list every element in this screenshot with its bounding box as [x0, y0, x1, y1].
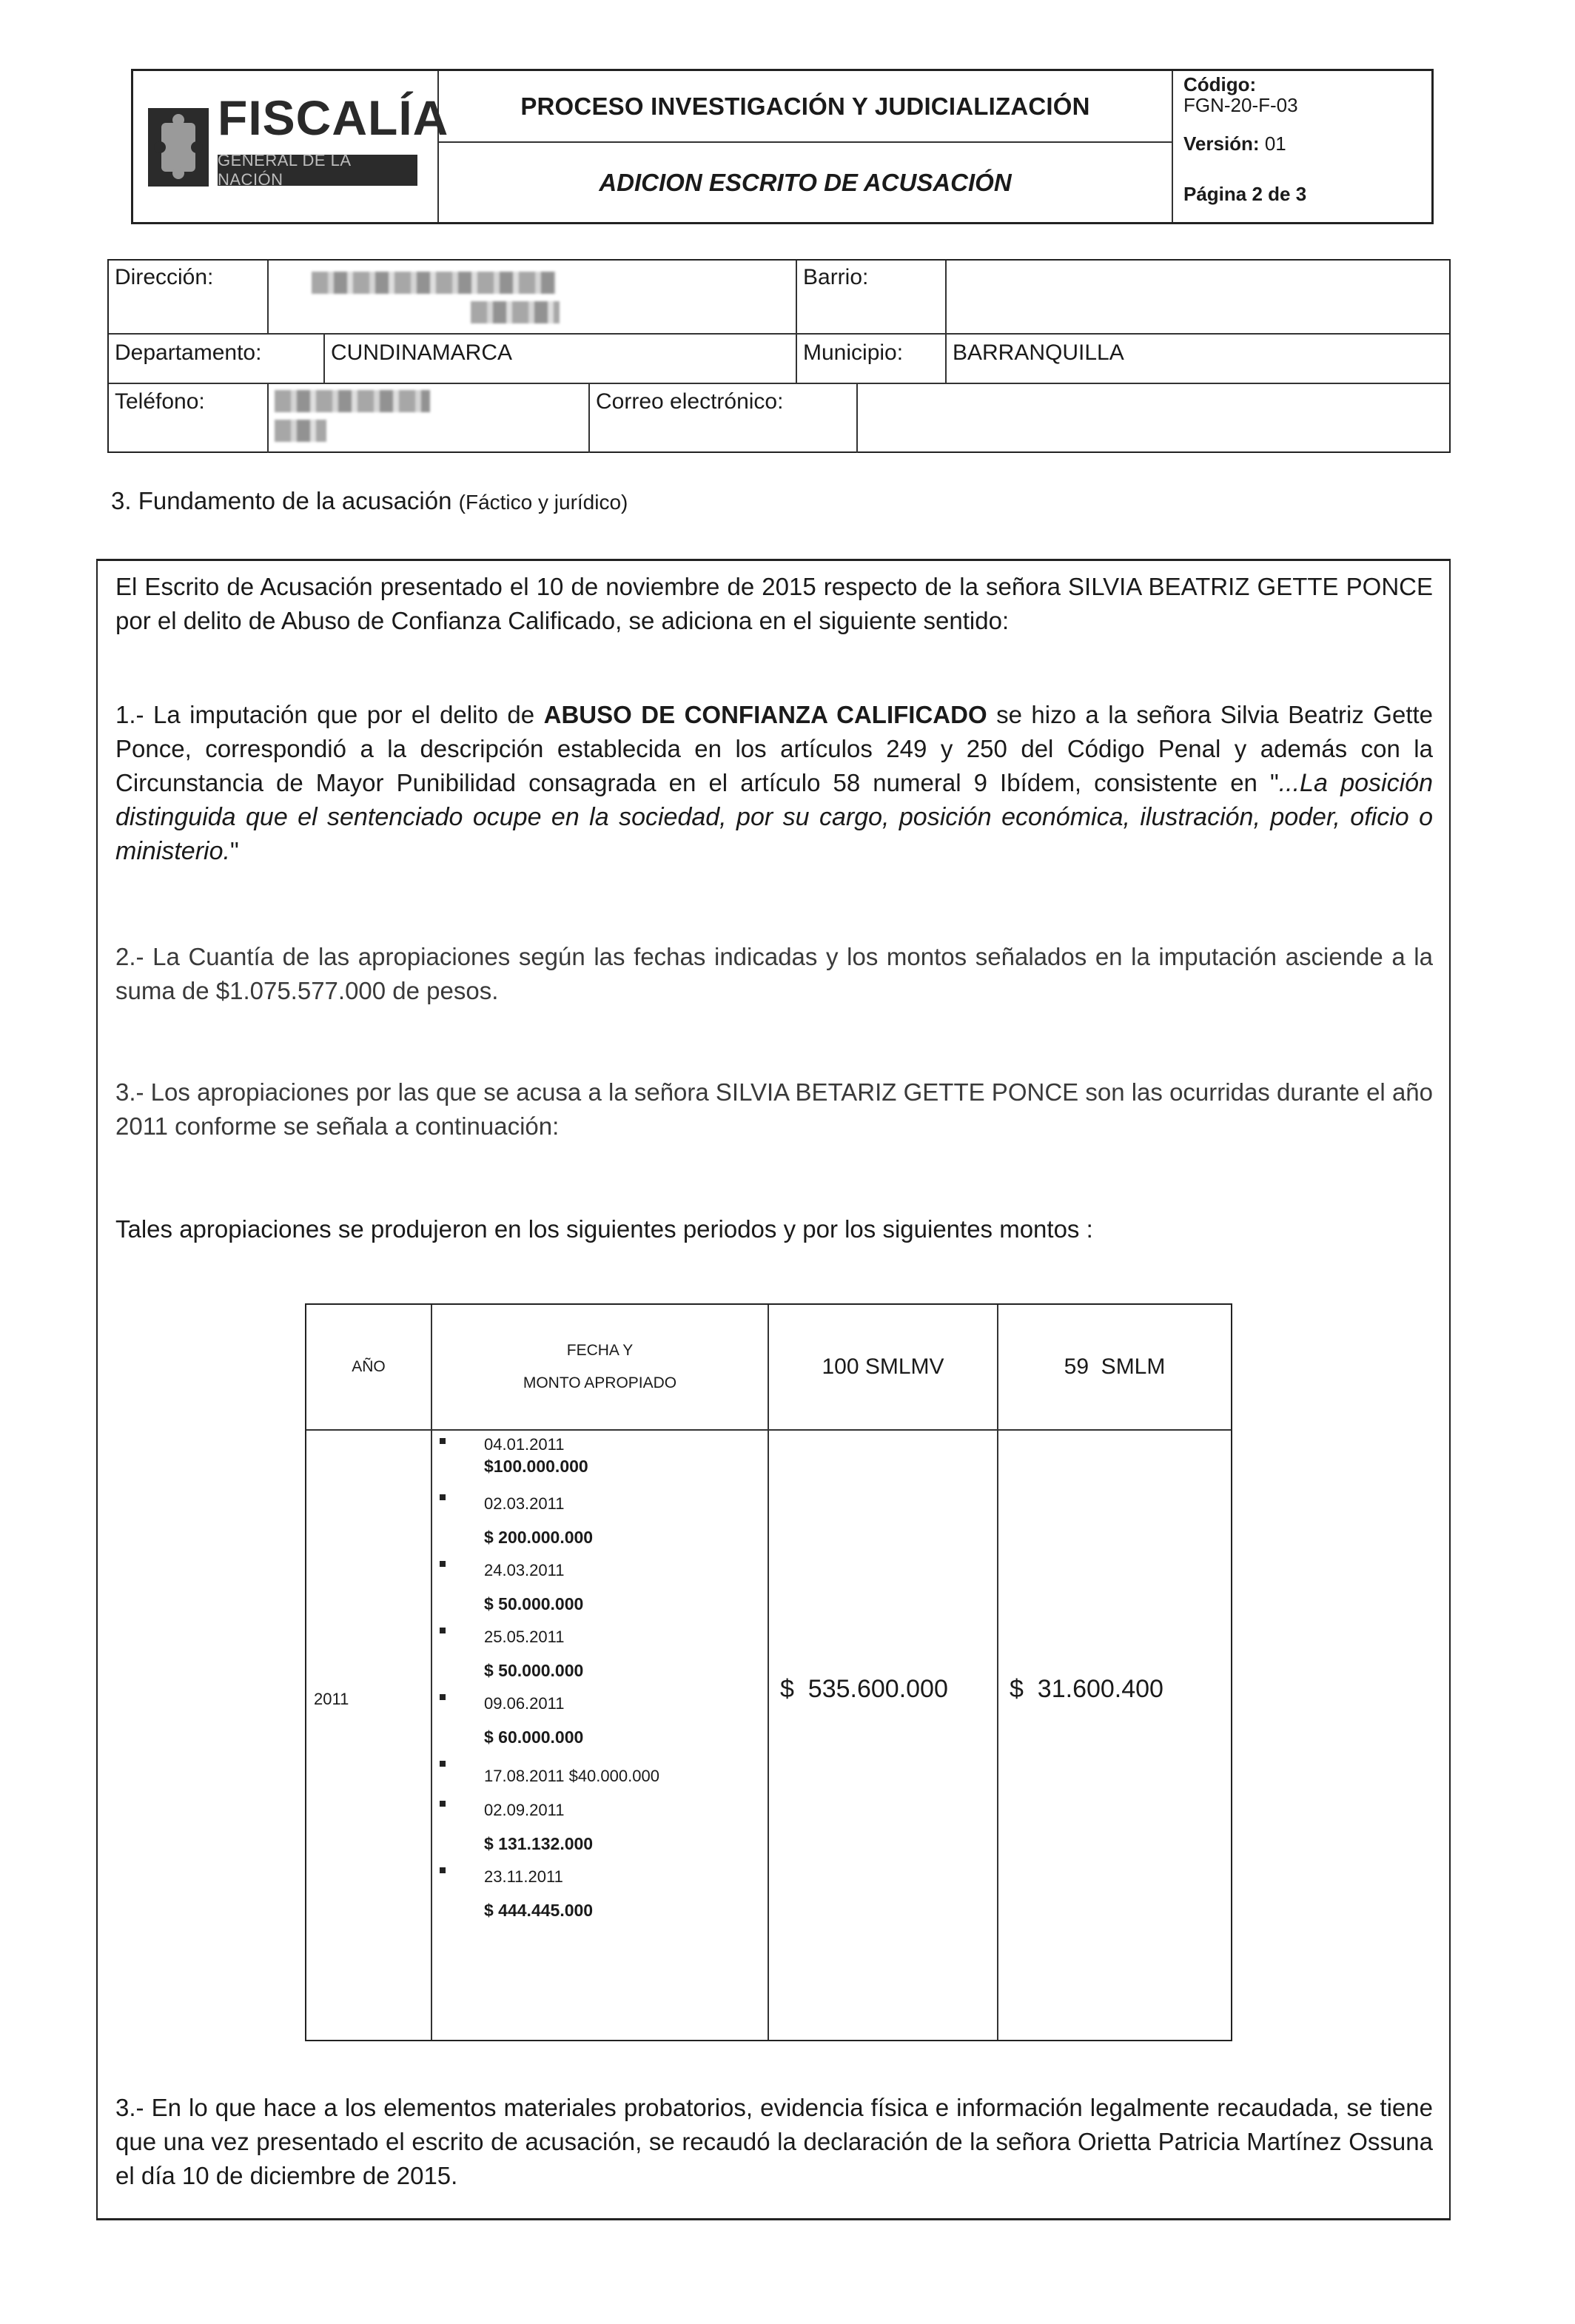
paragraph-5: 3.- En lo que hace a los elementos mater…: [115, 2091, 1433, 2193]
p1-bold: ABUSO DE CONFIANZA CALIFICADO: [544, 701, 987, 728]
header-date: FECHA Y: [567, 1334, 633, 1367]
paragraph-3: 3.- Los apropiaciones por las que se acu…: [115, 1075, 1433, 1143]
total-59-smlm: $ 31.600.400: [1010, 1675, 1163, 1704]
departamento-label: Departamento:: [109, 336, 267, 370]
version-label: Versión:: [1183, 132, 1260, 155]
header-amount: MONTO APROPIADO: [523, 1367, 676, 1400]
puzzle-piece-emblem-icon: [148, 108, 209, 187]
p1-text-a: 1.- La imputación que por el delito de: [115, 701, 544, 728]
section-heading: 3. Fundamento de la acusación (Fáctico y…: [111, 487, 628, 515]
header-date-amount: FECHA Y MONTO APROPIADO: [432, 1305, 768, 1429]
accusation-body: El Escrito de Acusación presentado el 10…: [96, 559, 1451, 2220]
process-title: PROCESO INVESTIGACIÓN Y JUDICIALIZACIÓN: [520, 93, 1089, 121]
process-title-cell: PROCESO INVESTIGACIÓN Y JUDICIALIZACIÓN: [439, 71, 1172, 143]
contact-info-table: Dirección: Barrio: Departamento: CUNDINA…: [107, 259, 1451, 453]
year-value: 2011: [314, 1690, 349, 1709]
direccion-value-redacted: [267, 261, 796, 333]
form-title-cell: ADICION ESCRITO DE ACUSACIÓN: [439, 143, 1172, 222]
telefono-label: Teléfono:: [109, 385, 211, 419]
paragraph-2: 2.- La Cuantía de las apropiaciones segú…: [115, 940, 1433, 1008]
version-line: Versión: 01: [1183, 133, 1431, 154]
barrio-label: Barrio:: [797, 261, 874, 295]
page-indicator: Página 2 de 3: [1183, 184, 1431, 204]
document-meta: Código: FGN-20-F-03 Versión: 01 Página 2…: [1172, 71, 1431, 222]
code-label: Código:: [1183, 74, 1431, 95]
list-item: 23.11.2011 $ 444.445.000: [432, 1863, 769, 1930]
list-item: 25.05.2011 $ 50.000.000: [432, 1623, 769, 1690]
header-59-smlm: 59 SMLM: [998, 1305, 1231, 1429]
intro-paragraph: El Escrito de Acusación presentado el 10…: [115, 570, 1433, 638]
list-item: 04.01.2011 $100.000.000: [432, 1434, 769, 1477]
telefono-value-redacted: [267, 383, 588, 453]
direccion-label: Dirección:: [109, 261, 219, 295]
list-item: 17.08.2011 $40.000.000: [432, 1756, 769, 1796]
paragraph-1: 1.- La imputación que por el delito de A…: [115, 698, 1433, 868]
list-item: 24.03.2011 $ 50.000.000: [432, 1556, 769, 1623]
departamento-value: CUNDINAMARCA: [325, 336, 518, 370]
municipio-label: Municipio:: [797, 336, 909, 370]
header-100-smlmv: 100 SMLMV: [769, 1305, 997, 1429]
section-title: 3. Fundamento de la acusación: [111, 487, 451, 514]
correo-value: [858, 385, 870, 394]
barrio-value: [947, 261, 958, 269]
paragraph-4: Tales apropiaciones se produjeron en los…: [115, 1212, 1433, 1246]
version-value: 01: [1265, 132, 1286, 155]
appropriations-table: AÑO FECHA Y MONTO APROPIADO 100 SMLMV 59…: [305, 1303, 1232, 2041]
municipio-value: BARRANQUILLA: [947, 336, 1130, 370]
header-year: AÑO: [306, 1305, 431, 1429]
correo-label: Correo electrónico:: [590, 385, 789, 419]
p1-end: ": [230, 837, 239, 864]
section-subtitle: (Fáctico y jurídico): [459, 491, 628, 514]
form-title: ADICION ESCRITO DE ACUSACIÓN: [599, 169, 1011, 197]
code-value: FGN-20-F-03: [1183, 95, 1431, 115]
total-100-smlmv: $ 535.600.000: [780, 1675, 948, 1704]
list-item: 02.03.2011 $ 200.000.000: [432, 1490, 769, 1556]
list-item: 09.06.2011 $ 60.000.000: [432, 1690, 769, 1756]
list-item: 02.09.2011 $ 131.132.000: [432, 1796, 769, 1863]
logo-wordmark: FISCALÍA: [218, 93, 449, 142]
logo-subtitle: GENERAL DE LA NACIÓN: [218, 155, 417, 186]
logo-cell: FISCALÍA GENERAL DE LA NACIÓN: [133, 71, 439, 222]
document-header: FISCALÍA GENERAL DE LA NACIÓN PROCESO IN…: [131, 69, 1434, 224]
appropriation-entries: 04.01.2011 $100.000.000 02.03.2011 $ 200…: [432, 1434, 769, 1930]
